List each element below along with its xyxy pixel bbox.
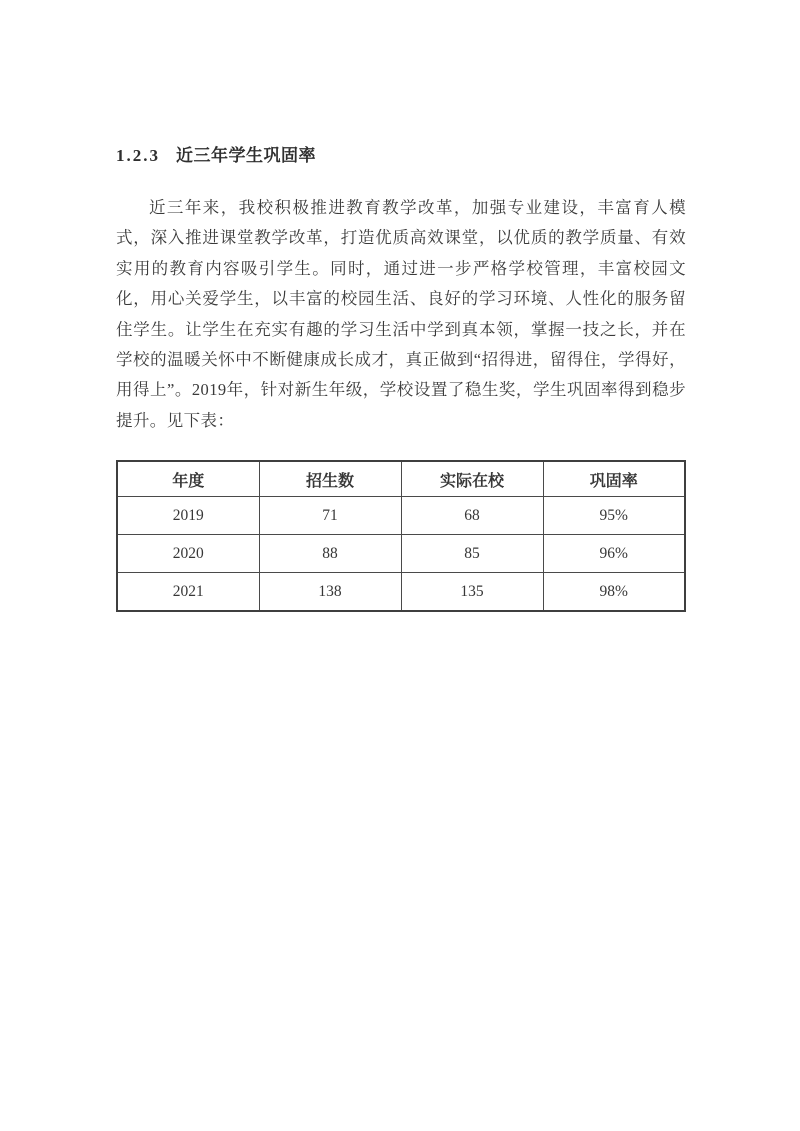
table-cell: 88 — [259, 535, 401, 573]
table-cell: 135 — [401, 573, 543, 612]
table-body: 2019 71 68 95% 2020 88 85 96% 2021 138 1… — [117, 497, 685, 612]
table-cell: 2021 — [117, 573, 259, 612]
table-cell: 68 — [401, 497, 543, 535]
table-head: 年度 招生数 实际在校 巩固率 — [117, 461, 685, 497]
table-cell: 96% — [543, 535, 685, 573]
table-header-cell-retention: 巩固率 — [543, 461, 685, 497]
table-cell: 98% — [543, 573, 685, 612]
retention-table: 年度 招生数 实际在校 巩固率 2019 71 68 95% 2020 88 8… — [116, 460, 686, 612]
table-cell: 2020 — [117, 535, 259, 573]
table-header-row: 年度 招生数 实际在校 巩固率 — [117, 461, 685, 497]
table-cell: 71 — [259, 497, 401, 535]
table-cell: 95% — [543, 497, 685, 535]
table-cell: 138 — [259, 573, 401, 612]
table-row: 2020 88 85 96% — [117, 535, 685, 573]
table-header-cell-enrolled: 招生数 — [259, 461, 401, 497]
table-row: 2019 71 68 95% — [117, 497, 685, 535]
table-header-cell-actual: 实际在校 — [401, 461, 543, 497]
section-heading: 1.2.3近三年学生巩固率 — [116, 144, 686, 168]
table-cell: 85 — [401, 535, 543, 573]
heading-title: 近三年学生巩固率 — [176, 146, 316, 165]
table-row: 2021 138 135 98% — [117, 573, 685, 612]
body-paragraph: 近三年来，我校积极推进教育教学改革，加强专业建设，丰富育人模式，深入推进课堂教学… — [116, 193, 686, 436]
document-content: 1.2.3近三年学生巩固率 近三年来，我校积极推进教育教学改革，加强专业建设，丰… — [116, 144, 686, 612]
document-page: 1.2.3近三年学生巩固率 近三年来，我校积极推进教育教学改革，加强专业建设，丰… — [0, 0, 800, 1131]
table-header-cell-year: 年度 — [117, 461, 259, 497]
heading-number: 1.2.3 — [116, 146, 160, 165]
table-cell: 2019 — [117, 497, 259, 535]
